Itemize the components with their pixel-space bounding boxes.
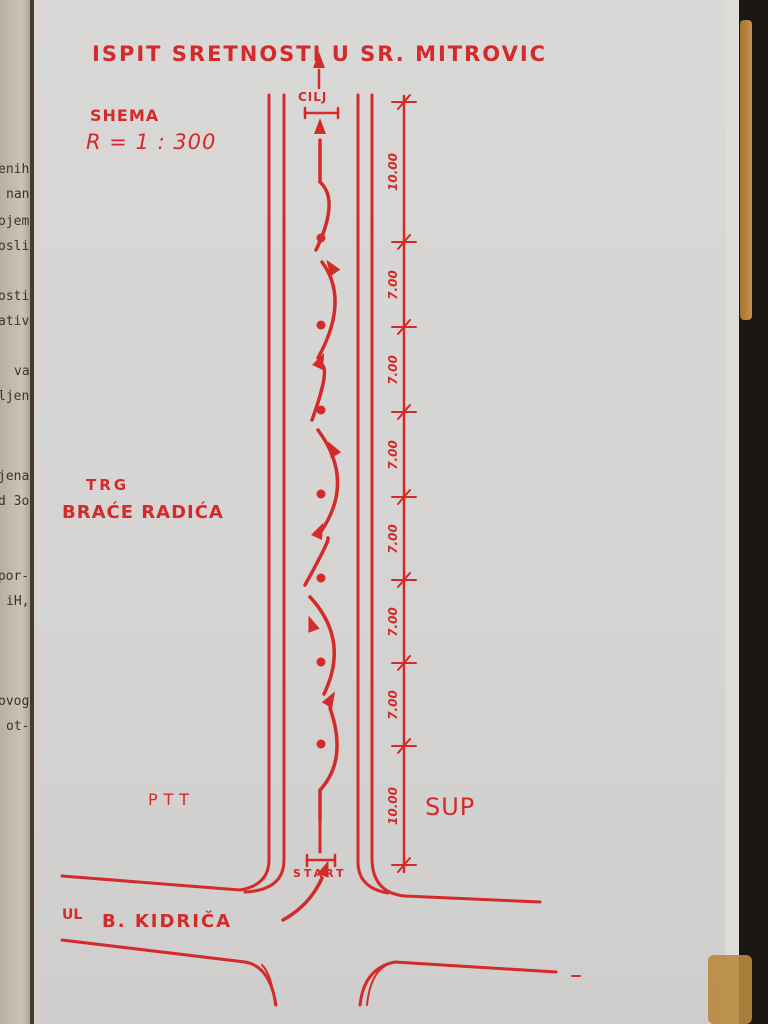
lower-street-left (62, 940, 276, 1005)
cone-marker (317, 574, 326, 583)
dimension-label: 10.00 (386, 787, 400, 825)
square-label-line2: BRAĆE RADIĆA (62, 502, 224, 523)
finish-label: CILJ (298, 90, 327, 104)
lower-street-right (360, 962, 556, 1005)
scheme-label: SHEMA (90, 106, 159, 125)
dimension-label: 7.00 (386, 270, 400, 300)
ptt-label: PTT (148, 790, 195, 809)
entry-arrow-path (283, 878, 322, 920)
road-edge-left-inner (245, 95, 284, 892)
dimension-label: 7.00 (386, 607, 400, 637)
scale-label: R = 1 : 300 (86, 130, 216, 154)
dimension-label: 10.00 (386, 153, 400, 191)
arrowhead-icon (303, 614, 320, 633)
cone-marker (317, 321, 326, 330)
diagram-title: ISPIT SRETNOSTI U SR. MITROVIC (92, 42, 547, 66)
cone-marker (317, 658, 326, 667)
cone-marker (317, 490, 326, 499)
dimension-label: 7.00 (386, 355, 400, 385)
square-label-line1: TRG (86, 476, 129, 494)
street-name: B. KIDRIČA (102, 911, 232, 932)
start-label: START (293, 867, 347, 880)
dimension-label: 7.00 (386, 690, 400, 720)
street-prefix: UL (62, 907, 82, 923)
sup-label: SUP (425, 793, 475, 821)
arrowhead-icon (314, 118, 326, 134)
cone-marker (317, 740, 326, 749)
dimension-label: 7.00 (386, 440, 400, 470)
cone-marker (317, 234, 326, 243)
road-edge-right-outer (372, 95, 540, 902)
cone-marker (317, 406, 326, 415)
dimension-label: 7.00 (386, 524, 400, 554)
